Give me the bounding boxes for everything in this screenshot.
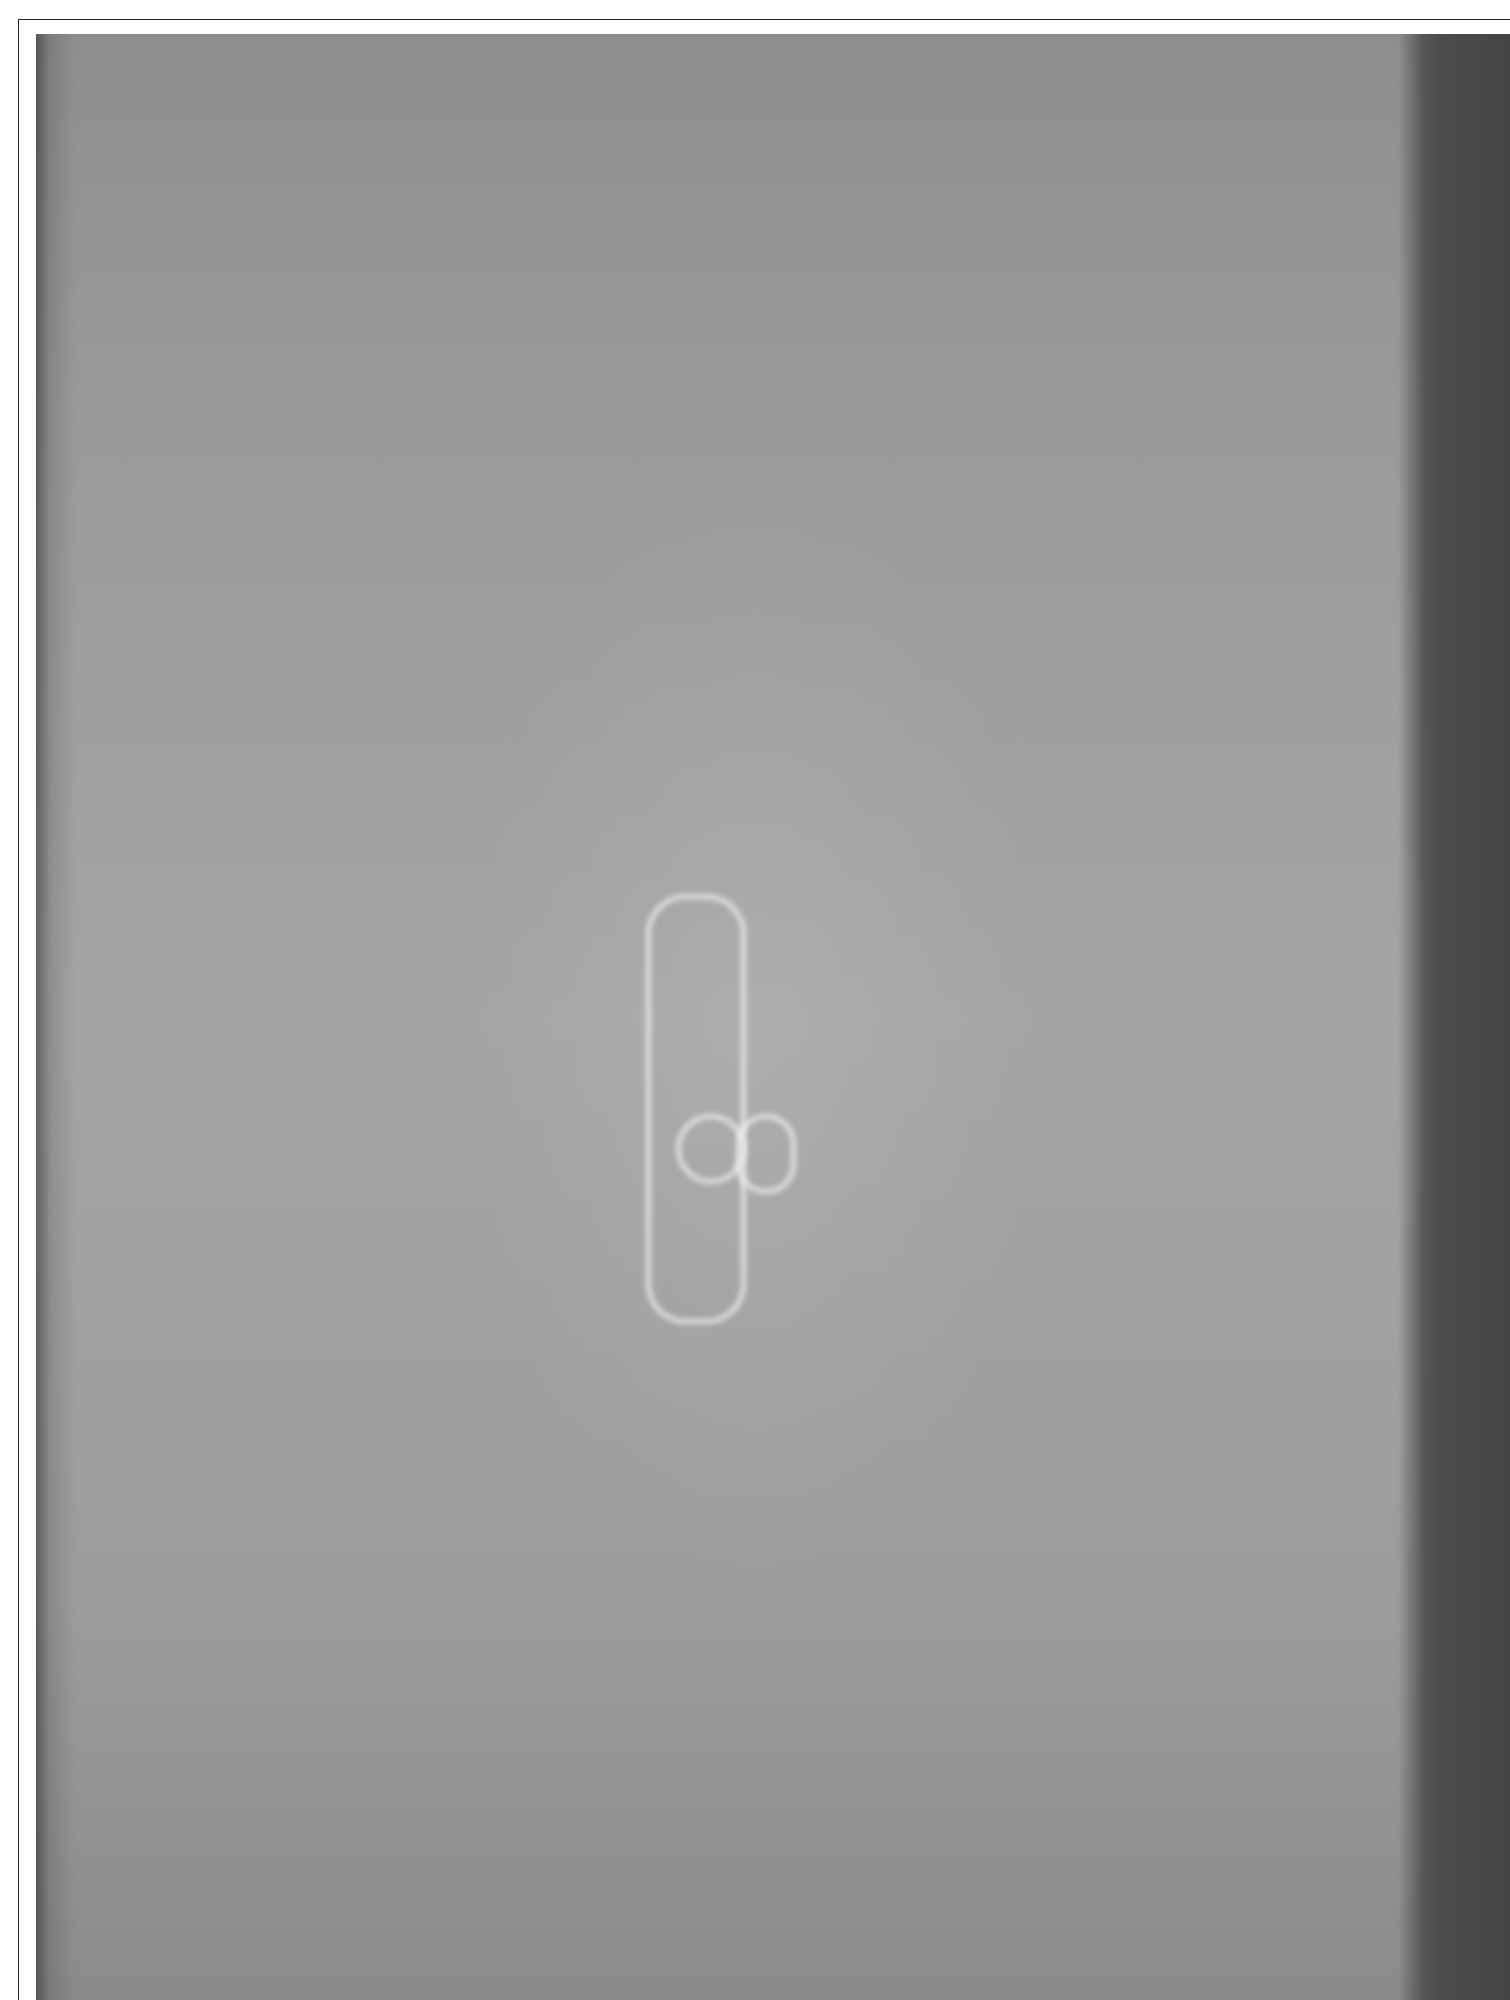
water-stain bbox=[646, 894, 746, 1324]
ruler-top bbox=[0, 0, 1510, 34]
water-stain bbox=[736, 1114, 796, 1194]
manuscript-scan bbox=[36, 34, 1510, 2000]
ruler-top-baseline bbox=[18, 19, 1510, 20]
ruler-left-baseline bbox=[18, 19, 19, 2000]
ruler-left bbox=[0, 0, 34, 2000]
right-text-column bbox=[796, 34, 1416, 2000]
page-edge-shadow bbox=[1398, 34, 1510, 2000]
left-text-column bbox=[36, 34, 636, 2000]
